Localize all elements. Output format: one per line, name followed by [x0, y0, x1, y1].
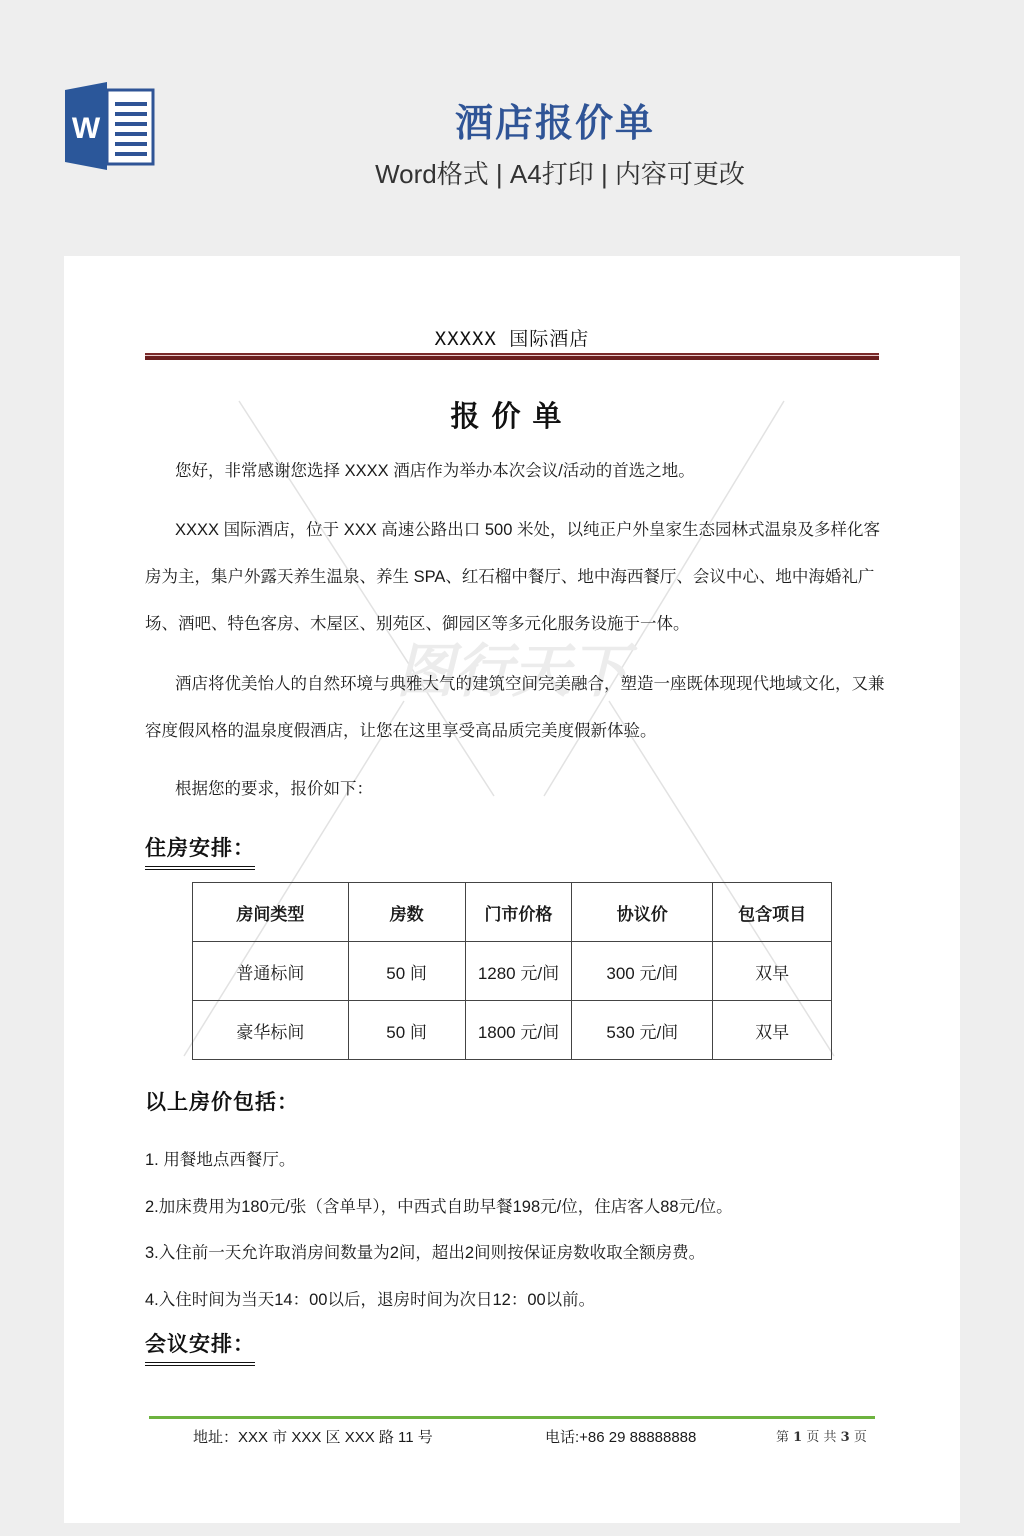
page-mid: 页 共: [806, 1430, 836, 1445]
svg-text:W: W: [72, 112, 101, 145]
word-document-icon: W: [65, 82, 157, 170]
table-cell: 双早: [713, 1001, 832, 1060]
document-page: 图行天下 XXXXX 国际酒店 报价单 您好，非常感谢您选择 XXXX 酒店作为…: [64, 256, 960, 1523]
table-cell: 双早: [713, 942, 832, 1001]
table-header-row: 房间类型 房数 门市价格 协议价 包含项目: [193, 883, 832, 942]
table-header-cell: 房数: [348, 883, 465, 942]
rooms-table: 房间类型 房数 门市价格 协议价 包含项目 普通标间 50 间 1280 元/间…: [192, 882, 832, 1060]
paragraph-greeting: 您好，非常感谢您选择 XXXX 酒店作为举办本次会议/活动的首选之地。: [145, 448, 885, 495]
table-cell: 300 元/间: [572, 942, 713, 1001]
footer-rule: [149, 1416, 875, 1419]
page-total: 3: [841, 1430, 850, 1445]
banner-title: 酒店报价单: [355, 92, 755, 147]
table-header-cell: 协议价: [572, 883, 713, 942]
page-suffix: 页: [854, 1430, 867, 1445]
document-title: 报价单: [64, 394, 960, 435]
footer-page-number: 第 1 页 共 3 页: [776, 1426, 867, 1445]
table-cell: 1800 元/间: [465, 1001, 572, 1060]
section-title-rooms: 住房安排：: [145, 832, 255, 870]
page-prefix: 第: [776, 1430, 789, 1445]
table-header-cell: 门市价格: [465, 883, 572, 942]
banner-title-text: 酒店报价单: [455, 103, 655, 145]
table-cell: 50 间: [348, 1001, 465, 1060]
list-item: 4.入住时间为当天14：00以后，退房时间为次日12：00以前。: [145, 1286, 595, 1310]
header-rule: [145, 353, 879, 360]
footer-phone: 电话:+86 29 88888888: [545, 1426, 696, 1447]
table-cell: 1280 元/间: [465, 942, 572, 1001]
table-header-cell: 包含项目: [713, 883, 832, 942]
table-cell: 豪华标间: [193, 1001, 349, 1060]
section-title-meeting: 会议安排：: [145, 1328, 255, 1366]
list-item: 3.入住前一天允许取消房间数量为2间，超出2间则按保证房数收取全额房费。: [145, 1239, 705, 1263]
table-row: 豪华标间 50 间 1800 元/间 530 元/间 双早: [193, 1001, 832, 1060]
banner-subtitle: Word格式 | A4打印 | 内容可更改: [340, 154, 780, 191]
table-cell: 普通标间: [193, 942, 349, 1001]
paragraph-environment: 酒店将优美怡人的自然环境与典雅大气的建筑空间完美融合，塑造一座既体现现代地域文化…: [145, 661, 885, 755]
paragraph-quote-lead: 根据您的要求，报价如下：: [145, 766, 885, 813]
table-header-cell: 房间类型: [193, 883, 349, 942]
hotel-header-name: XXXXX 国际酒店: [64, 324, 960, 351]
list-item: 2.加床费用为180元/张（含单早），中西式自助早餐198元/位，住店客人88元…: [145, 1193, 733, 1217]
table-row: 普通标间 50 间 1280 元/间 300 元/间 双早: [193, 942, 832, 1001]
table-cell: 530 元/间: [572, 1001, 713, 1060]
page-current: 1: [793, 1430, 802, 1445]
section-title-includes: 以上房价包括：: [145, 1086, 299, 1120]
list-item: 1. 用餐地点西餐厅。: [145, 1146, 295, 1170]
paragraph-intro: XXXX 国际酒店，位于 XXX 高速公路出口 500 米处，以纯正户外皇家生态…: [145, 507, 885, 648]
table-cell: 50 间: [348, 942, 465, 1001]
footer-address: 地址：XXX 市 XXX 区 XXX 路 11 号: [193, 1426, 433, 1447]
